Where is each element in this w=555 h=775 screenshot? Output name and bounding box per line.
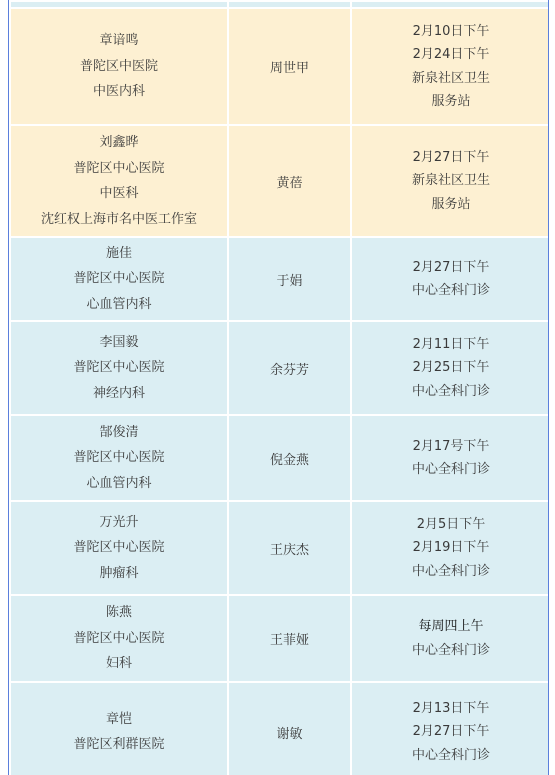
schedule-table-frame: 章谙鸣 普陀区中医院 中医内科 周世甲 2月10日下午 2月24日下午 新泉社区… [8, 0, 549, 775]
expert-department: 妇科 [15, 651, 223, 677]
cell-expert: 章恺 普陀区利群医院 [10, 682, 228, 775]
table-row: 刘鑫晔 普陀区中心医院 中医科 沈红权上海市名中医工作室 黄蓓 2月27日下午 … [10, 125, 549, 237]
schedule-location: 服务站 [356, 90, 546, 114]
cell-assistant: 于娟 [228, 237, 351, 321]
cell-schedule: 2月17号下午 中心全科门诊 [351, 415, 549, 501]
table-row: 李国毅 普陀区中心医院 神经内科 余芬芳 2月11日下午 2月25日下午 中心全… [10, 321, 549, 415]
cell-assistant: 黄蓓 [228, 125, 351, 237]
schedule-date: 2月17号下午 [356, 435, 546, 459]
schedule-weekly: 每周四上午 [356, 615, 546, 639]
schedule-date: 2月24日下午 [356, 43, 546, 67]
schedule-location: 新泉社区卫生 [356, 169, 546, 193]
cell-schedule: 2月27日下午 中心全科门诊 [351, 237, 549, 321]
table-row: 章谙鸣 普陀区中医院 中医内科 周世甲 2月10日下午 2月24日下午 新泉社区… [10, 8, 549, 125]
expert-hospital: 普陀区中心医院 [15, 626, 223, 652]
expert-department: 心血管内科 [15, 471, 223, 497]
schedule-location: 中心全科门诊 [356, 744, 546, 768]
expert-hospital: 普陀区中心医院 [15, 445, 223, 471]
expert-department: 肿瘤科 [15, 561, 223, 587]
expert-name: 施佳 [15, 241, 223, 267]
schedule-date: 2月27日下午 [356, 146, 546, 170]
cell-expert: 刘鑫晔 普陀区中心医院 中医科 沈红权上海市名中医工作室 [10, 125, 228, 237]
table-row: 陈燕 普陀区中心医院 妇科 王菲娅 每周四上午 中心全科门诊 [10, 595, 549, 682]
expert-studio: 沈红权上海市名中医工作室 [15, 207, 223, 233]
cell-expert: 章谙鸣 普陀区中医院 中医内科 [10, 8, 228, 125]
schedule-location: 中心全科门诊 [356, 380, 546, 404]
expert-department: 中医科 [15, 181, 223, 207]
schedule-location: 中心全科门诊 [356, 560, 546, 584]
expert-name: 章谙鸣 [15, 28, 223, 54]
cell-assistant: 周世甲 [228, 8, 351, 125]
cell-expert: 郜俊清 普陀区中心医院 心血管内科 [10, 415, 228, 501]
schedule-location: 中心全科门诊 [356, 639, 546, 663]
expert-hospital: 普陀区中心医院 [15, 266, 223, 292]
table-row: 章恺 普陀区利群医院 谢敏 2月13日下午 2月27日下午 中心全科门诊 [10, 682, 549, 775]
cell-schedule: 2月27日下午 新泉社区卫生 服务站 [351, 125, 549, 237]
cell-expert [10, 1, 228, 8]
expert-hospital: 普陀区中心医院 [15, 156, 223, 182]
schedule-date: 2月13日下午 [356, 697, 546, 721]
cell-assistant [228, 1, 351, 8]
expert-name: 万光升 [15, 510, 223, 536]
cell-expert: 施佳 普陀区中心医院 心血管内科 [10, 237, 228, 321]
expert-schedule-table: 章谙鸣 普陀区中医院 中医内科 周世甲 2月10日下午 2月24日下午 新泉社区… [9, 0, 549, 775]
cell-schedule [351, 1, 549, 8]
schedule-date: 2月19日下午 [356, 536, 546, 560]
table-row: 施佳 普陀区中心医院 心血管内科 于娟 2月27日下午 中心全科门诊 [10, 237, 549, 321]
schedule-location: 中心全科门诊 [356, 279, 546, 303]
expert-department: 神经内科 [15, 381, 223, 407]
expert-hospital: 普陀区利群医院 [15, 732, 223, 758]
cell-schedule: 2月13日下午 2月27日下午 中心全科门诊 [351, 682, 549, 775]
schedule-date: 2月25日下午 [356, 356, 546, 380]
expert-name: 郜俊清 [15, 420, 223, 446]
cell-assistant: 王菲娅 [228, 595, 351, 682]
expert-department: 中医内科 [15, 79, 223, 105]
cell-schedule: 2月10日下午 2月24日下午 新泉社区卫生 服务站 [351, 8, 549, 125]
expert-name: 陈燕 [15, 600, 223, 626]
cell-assistant: 王庆杰 [228, 501, 351, 595]
cell-assistant: 倪金燕 [228, 415, 351, 501]
schedule-date: 2月27日下午 [356, 256, 546, 280]
cell-assistant: 余芬芳 [228, 321, 351, 415]
schedule-date: 2月11日下午 [356, 333, 546, 357]
expert-name: 李国毅 [15, 330, 223, 356]
cell-schedule: 每周四上午 中心全科门诊 [351, 595, 549, 682]
expert-name: 章恺 [15, 707, 223, 733]
expert-department: 心血管内科 [15, 292, 223, 318]
schedule-date: 2月5日下午 [356, 513, 546, 537]
expert-hospital: 普陀区中医院 [15, 54, 223, 80]
schedule-location: 服务站 [356, 193, 546, 217]
cell-schedule: 2月11日下午 2月25日下午 中心全科门诊 [351, 321, 549, 415]
cell-expert: 万光升 普陀区中心医院 肿瘤科 [10, 501, 228, 595]
schedule-location: 新泉社区卫生 [356, 67, 546, 91]
expert-name: 刘鑫晔 [15, 130, 223, 156]
cell-expert: 李国毅 普陀区中心医院 神经内科 [10, 321, 228, 415]
expert-hospital: 普陀区中心医院 [15, 535, 223, 561]
cell-schedule: 2月5日下午 2月19日下午 中心全科门诊 [351, 501, 549, 595]
expert-hospital: 普陀区中心医院 [15, 355, 223, 381]
table-row-partial-top [10, 1, 549, 8]
schedule-location: 中心全科门诊 [356, 458, 546, 482]
table-row: 郜俊清 普陀区中心医院 心血管内科 倪金燕 2月17号下午 中心全科门诊 [10, 415, 549, 501]
cell-assistant: 谢敏 [228, 682, 351, 775]
schedule-date: 2月10日下午 [356, 20, 546, 44]
table-row: 万光升 普陀区中心医院 肿瘤科 王庆杰 2月5日下午 2月19日下午 中心全科门… [10, 501, 549, 595]
cell-expert: 陈燕 普陀区中心医院 妇科 [10, 595, 228, 682]
schedule-date: 2月27日下午 [356, 720, 546, 744]
